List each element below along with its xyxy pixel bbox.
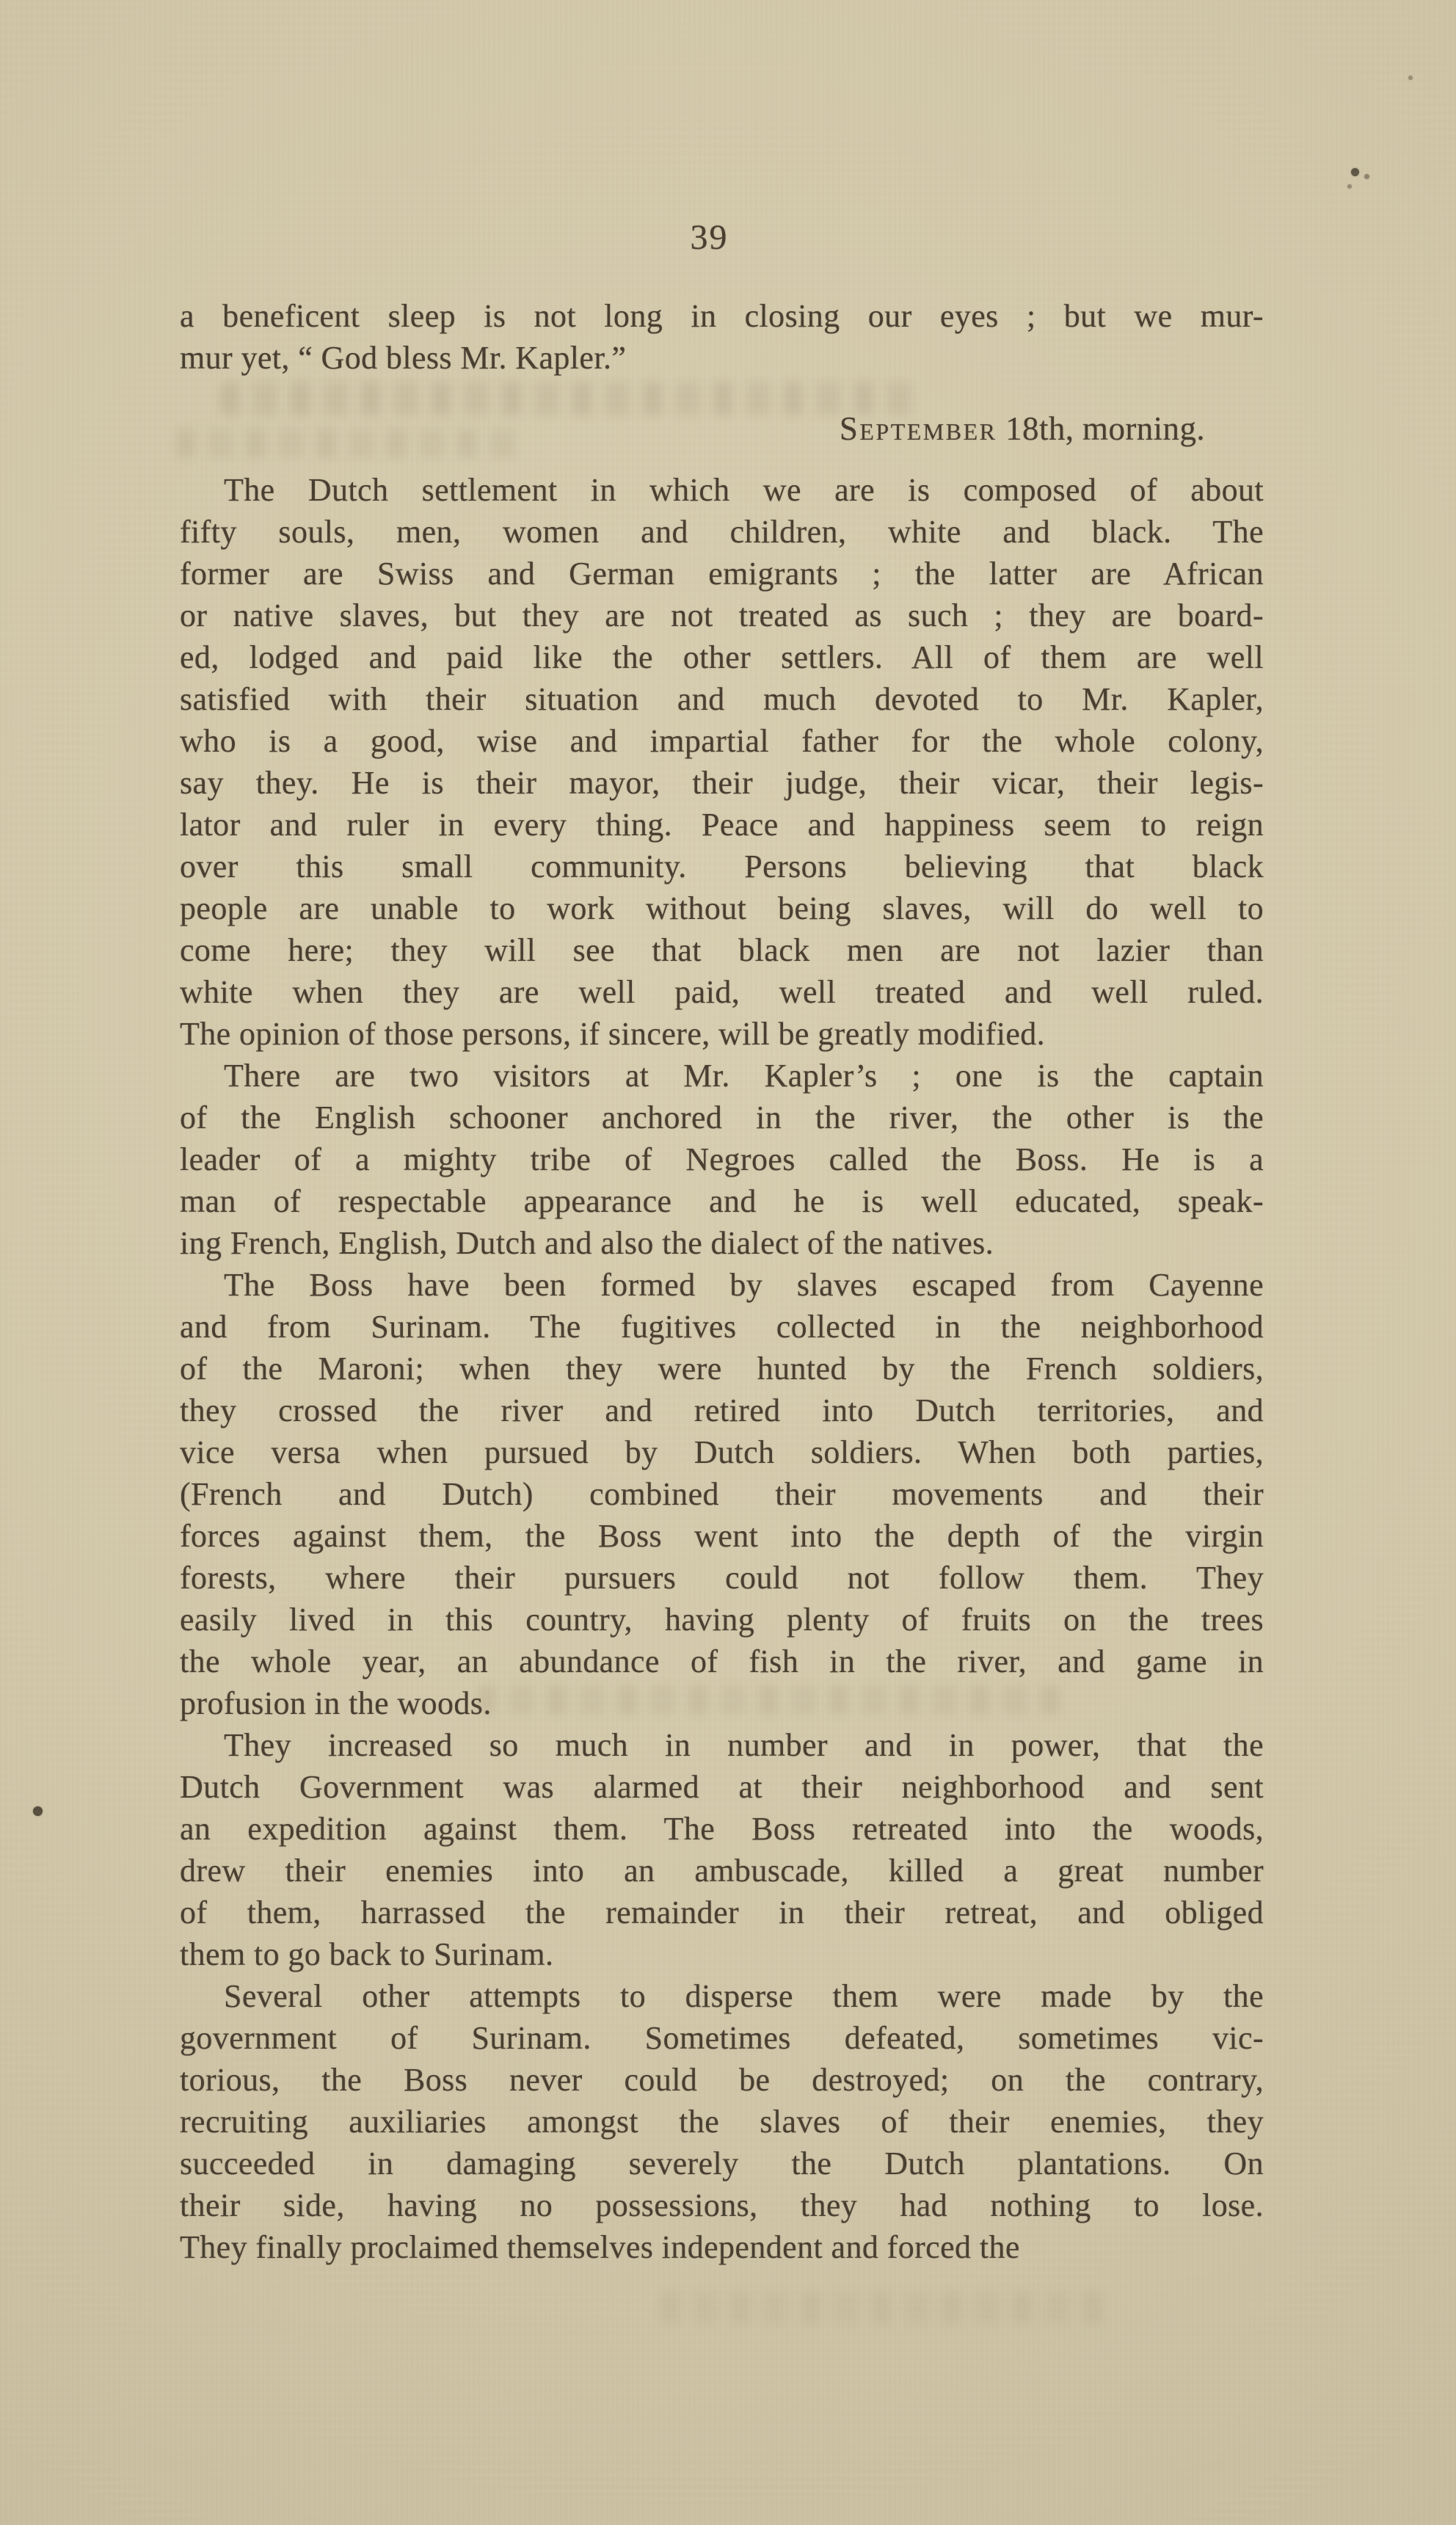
text-line: of them, harrassed the remainder in thei… (180, 1892, 1264, 1933)
text-line: leader of a mighty tribe of Negroes call… (180, 1138, 1264, 1180)
paragraph: The Boss have been formed by slaves esca… (180, 1264, 1264, 1724)
text-line: vice versa when pursued by Dutch soldier… (180, 1431, 1264, 1473)
dateline: September 18th, morning. (180, 408, 1264, 450)
text-line: of the English schooner anchored in the … (180, 1097, 1264, 1138)
paragraph: There are two visitors at Mr. Kapler’s ;… (180, 1055, 1264, 1264)
text-line: them to go back to Surinam. (180, 1933, 1264, 1975)
text-line: come here; they will see that black men … (180, 929, 1264, 971)
text-line: They finally proclaimed themselves indep… (180, 2226, 1264, 2268)
text-line: The Boss have been formed by slaves esca… (180, 1264, 1264, 1306)
dateline-month: September (840, 410, 997, 447)
text-line: an expedition against them. The Boss ret… (180, 1808, 1264, 1850)
text-line: Several other attempts to disperse them … (180, 1975, 1264, 2017)
text-line: a beneficent sleep is not long in closin… (180, 295, 1264, 337)
text-line: succeeded in damaging severely the Dutch… (180, 2143, 1264, 2184)
text-line: The Dutch settlement in which we are is … (180, 469, 1264, 511)
text-line: they crossed the river and retired into … (180, 1389, 1264, 1431)
text-line: and from Surinam. The fugitives collecte… (180, 1306, 1264, 1348)
text-line: white when they are well paid, well trea… (180, 971, 1264, 1013)
text-line: drew their enemies into an ambuscade, ki… (180, 1850, 1264, 1892)
text-line: The opinion of those persons, if sincere… (180, 1013, 1264, 1055)
text-line: their side, having no possessions, they … (180, 2184, 1264, 2226)
text-line: There are two visitors at Mr. Kapler’s ;… (180, 1055, 1264, 1097)
text-line: easily lived in this country, having ple… (180, 1599, 1264, 1641)
paragraph: a beneficent sleep is not long in closin… (180, 295, 1264, 379)
text-line: former are Swiss and German emigrants ; … (180, 553, 1264, 595)
text-line: profusion in the woods. (180, 1682, 1264, 1724)
text-line: forests, where their pursuers could not … (180, 1557, 1264, 1599)
paragraph: Several other attempts to disperse them … (180, 1975, 1264, 2268)
ink-speck (1347, 184, 1352, 189)
text-line: forces against them, the Boss went into … (180, 1515, 1264, 1557)
text-line: ed, lodged and paid like the other settl… (180, 636, 1264, 678)
text-line: fifty souls, men, women and children, wh… (180, 511, 1264, 553)
text-line: or native slaves, but they are not treat… (180, 595, 1264, 636)
text-line: (French and Dutch) combined their moveme… (180, 1473, 1264, 1515)
text-line: the whole year, an abundance of fish in … (180, 1641, 1264, 1682)
text-line: lator and ruler in every thing. Peace an… (180, 804, 1264, 846)
ink-speck (33, 1806, 43, 1816)
text-line: say they. He is their mayor, their judge… (180, 762, 1264, 804)
paragraph: The Dutch settlement in which we are is … (180, 469, 1264, 1055)
ink-speck (1408, 76, 1413, 80)
text-line: ing French, English, Dutch and also the … (180, 1222, 1264, 1264)
text-line: They increased so much in number and in … (180, 1724, 1264, 1766)
text-line: people are unable to work without being … (180, 887, 1264, 929)
text-line: mur yet, “ God bless Mr. Kapler.” (180, 337, 1264, 379)
text-line: satisfied with their situation and much … (180, 678, 1264, 720)
text-line: of the Maroni; when they were hunted by … (180, 1348, 1264, 1389)
text-line: over this small community. Persons belie… (180, 846, 1264, 887)
text-line: Dutch Government was alarmed at their ne… (180, 1766, 1264, 1808)
text-line: who is a good, wise and impartial father… (180, 720, 1264, 762)
text-line: recruiting auxiliaries amongst the slave… (180, 2101, 1264, 2143)
text-line: man of respectable appearance and he is … (180, 1180, 1264, 1222)
text-line: torious, the Boss never could be destroy… (180, 2059, 1264, 2101)
dateline-rest: 18th, morning. (997, 410, 1206, 447)
show-through-smudge (660, 2292, 1115, 2324)
page-text-block: a beneficent sleep is not long in closin… (180, 295, 1264, 2268)
ink-speck (1351, 168, 1359, 176)
text-line: government of Surinam. Sometimes defeate… (180, 2017, 1264, 2059)
paragraph: They increased so much in number and in … (180, 1724, 1264, 1975)
page-number: 39 (180, 217, 1264, 258)
scanned-book-page: 39 a beneficent sleep is not long in clo… (0, 0, 1456, 2525)
ink-speck (1364, 174, 1369, 179)
